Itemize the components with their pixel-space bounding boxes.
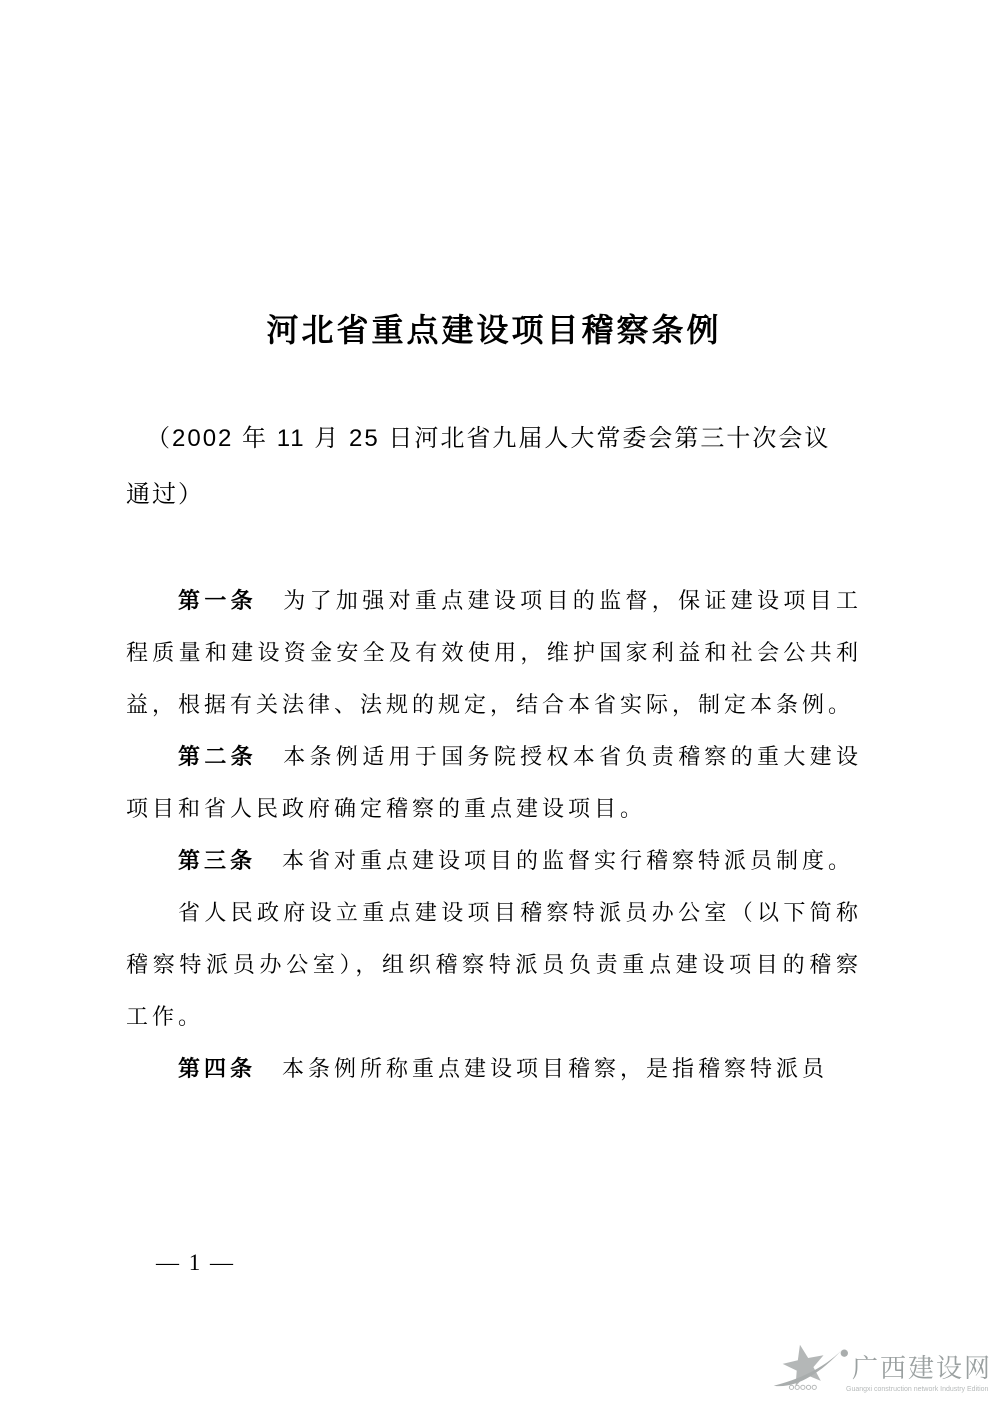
article-paragraph: 第三条 本省对重点建设项目的监督实行稽察特派员制度。: [126, 835, 862, 887]
document-title: 河北省重点建设项目稽察条例: [126, 305, 862, 351]
article-number: 第二条: [178, 744, 257, 769]
article-paragraph: 第四条 本条例所称重点建设项目稽察，是指稽察特派员: [126, 1043, 862, 1095]
watermark-site-name: 广西建设网: [852, 1354, 992, 1383]
document-body: 第一条 为了加强对重点建设项目的监督，保证建设项目工程质量和建设资金安全及有效使…: [126, 575, 862, 1095]
page-number: — 1 —: [156, 1250, 235, 1276]
article-paragraph: 第二条 本条例适用于国务院授权本省负责稽察的重大建设项目和省人民政府确定稽察的重…: [126, 731, 862, 835]
watermark-tagline: Guangxi construction network Industry Ed…: [846, 1386, 992, 1393]
watermark-text-block: 广西建设网 Guangxi construction network Indus…: [852, 1336, 992, 1393]
article-number: 第一条: [178, 588, 257, 613]
article-number: 第四条: [178, 1056, 256, 1081]
enactment-note: （2002 年 11 月 25 日河北省九届人大常委会第三十次会议通过）: [126, 411, 841, 523]
document-page: 河北省重点建设项目稽察条例 （2002 年 11 月 25 日河北省九届人大常委…: [0, 0, 992, 1403]
watermark: 广西建设网 Guangxi construction network Indus…: [772, 1336, 992, 1398]
article-paragraph: 第一条 为了加强对重点建设项目的监督，保证建设项目工程质量和建设资金安全及有效使…: [126, 575, 862, 731]
article-paragraph: 省人民政府设立重点建设项目稽察特派员办公室（以下简称稽察特派员办公室），组织稽察…: [126, 887, 862, 1043]
logo-fine-print: [789, 1385, 816, 1389]
article-number: 第三条: [178, 848, 256, 873]
star-swoosh-icon: [772, 1336, 850, 1398]
